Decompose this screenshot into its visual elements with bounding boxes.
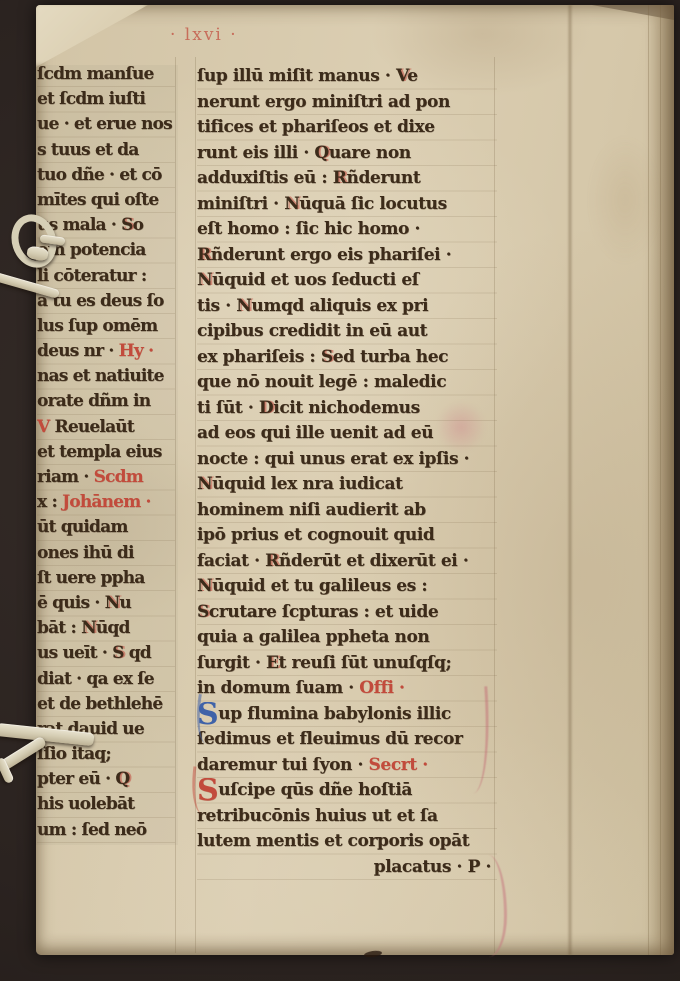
manuscript-line: riam · Scdm [37, 465, 175, 490]
manuscript-line: eſt homo : ſic hic homo · [197, 217, 497, 243]
body-text: up flumina babylonis illic [218, 704, 451, 724]
manuscript-line: placatus · P · [197, 855, 497, 881]
body-text: lutem mentis et corporis opāt [197, 831, 469, 851]
manuscript-line: nas et natiuite [37, 364, 175, 389]
body-text: s tuus et da [37, 140, 138, 160]
ruling-line-vertical [195, 57, 196, 953]
body-text: li cōteratur : [37, 266, 146, 286]
body-text: Reuelaūt [55, 417, 134, 437]
manuscript-line: us mala · So [37, 213, 175, 238]
body-text: o [133, 215, 144, 235]
body-text: u [119, 593, 131, 613]
manuscript-line: li cōteratur : [37, 264, 175, 289]
body-text: in domum ſuam · [197, 678, 359, 698]
body-text: riam · [37, 467, 94, 487]
body-text: ūt quidam [37, 517, 128, 537]
vertical-crease [567, 5, 573, 955]
manuscript-line: miniſtri · Nūquā ſic locutus [197, 192, 497, 218]
body-text: his uolebāt [37, 794, 134, 814]
body-text: um : ſed neō [37, 820, 146, 840]
manuscript-line: Nūquid et uos ſeducti eſ [197, 268, 497, 294]
body-text: uare non [329, 143, 411, 163]
body-text: N [236, 296, 251, 316]
body-text: N [81, 618, 96, 638]
body-text: tifices et phariſeos et dixe [197, 117, 435, 137]
body-text: S [321, 347, 333, 367]
body-text: ſſio itaq; [37, 744, 111, 764]
body-text: ñderunt ergo eis phariſei · [211, 245, 452, 265]
manuscript-line: runt eis illi · Quare non [197, 141, 497, 167]
manuscript-line: orate dñm in [37, 389, 175, 414]
manuscript-line: ſurgit · Et reuſi ſūt unuſqſq; [197, 651, 497, 677]
body-text: tis · [197, 296, 236, 316]
body-text: adduxiſtis eū : [197, 168, 333, 188]
left-text-column: ſcdm manſueet ſcdm iuſtiue · et erue nos… [37, 62, 175, 843]
manuscript-line: tis · Numqd aliquis ex pri [197, 294, 497, 320]
manuscript-line: ſup illū miſit manus · Ve [197, 64, 497, 90]
body-text: ad eos qui ille uenit ad eū [197, 423, 433, 443]
body-text: ūquid et tu galileus es : [212, 576, 427, 596]
body-text: cipibus credidit in eū aut [197, 321, 427, 341]
body-text: ſt uere ppha [37, 568, 145, 588]
body-text: S [112, 643, 123, 663]
manuscript-line: nerunt ergo miniſtri ad pon [197, 90, 497, 116]
rubric-text: Johānem · [62, 492, 151, 512]
body-text: pter eū · [37, 769, 115, 789]
body-text: miniſtri · [197, 194, 284, 214]
body-text: ti ſūt · [197, 398, 259, 418]
manuscript-line: retribucōnis huius ut et ſa [197, 804, 497, 830]
body-text: et templa eius [37, 442, 162, 462]
body-text: e [407, 66, 417, 86]
page-corner-fold-top-left [36, 5, 148, 67]
body-text: ūquid lex nra iudicat [212, 474, 402, 494]
manuscript-line: que nō nouit legē : maledic [197, 370, 497, 396]
body-text: bāt : [37, 618, 81, 638]
rubric-text: Hy · [119, 341, 154, 361]
manuscript-line: Suſcipe qūs dñe hoſtiā [197, 778, 497, 804]
body-text: E [266, 653, 279, 673]
manuscript-line: lus ſup omēm [37, 314, 175, 339]
manuscript-line: Nūquid et tu galileus es : [197, 574, 497, 600]
manuscript-photo: { "page": { "folio_number": "· lxvi ·" }… [0, 0, 680, 981]
body-text: faciat · [197, 551, 265, 571]
body-text: V [396, 66, 407, 86]
manuscript-line: ipō prius et cognouit quid [197, 523, 497, 549]
manuscript-line: in domum ſuam · Offi · [197, 676, 497, 702]
manuscript-page: · lxvi · ſcdm manſueet ſcdm iuſtiue · et… [36, 5, 674, 955]
manuscript-line: quia a galilea ppheta non [197, 625, 497, 651]
manuscript-line: us ueīt · S qd [37, 641, 175, 666]
body-text: deus nr · [37, 341, 119, 361]
body-text: D [259, 398, 273, 418]
body-text: ipō prius et cognouit quid [197, 525, 434, 545]
manuscript-line: his uolebāt [37, 792, 175, 817]
manuscript-line: ex phariſeis : Sed turba hec [197, 345, 497, 371]
manuscript-line: ad eos qui ille uenit ad eū [197, 421, 497, 447]
body-text: N [197, 270, 212, 290]
manuscript-line: ti ſūt · Dicit nichodemus [197, 396, 497, 422]
body-text: icit nichodemus [273, 398, 420, 418]
rubric-text: Scdm [94, 467, 143, 487]
body-text: uſcipe qūs dñe hoſtiā [218, 780, 412, 800]
manuscript-line: Sup flumina babylonis illic [197, 702, 497, 728]
manuscript-line: Scrutare ſcpturas : et uide [197, 600, 497, 626]
body-text: t reuſi ſūt unuſqſq; [279, 653, 452, 673]
body-text: Q [314, 143, 328, 163]
manuscript-line: deus nr · Hy · [37, 339, 175, 364]
body-text: ue · et erue nos [37, 114, 172, 134]
manuscript-line: et templa eius [37, 440, 175, 465]
body-text: ſurgit · [197, 653, 266, 673]
pink-flourish [470, 855, 507, 957]
body-text: et ſcdm iuſti [37, 89, 145, 109]
manuscript-line: faciat · Rñderūt et dixerūt ei · [197, 549, 497, 575]
manuscript-line: hominem niſi audierit ab [197, 498, 497, 524]
body-text: ñderūt et dixerūt ei · [279, 551, 468, 571]
rubric-text: V [37, 417, 55, 437]
manuscript-line: ones ihū di [37, 541, 175, 566]
body-text: diat · qa ex ſe [37, 669, 154, 689]
body-text: hominem niſi audierit ab [197, 500, 426, 520]
body-text: ed turba hec [333, 347, 448, 367]
manuscript-line: daremur tui ſyon · Secrt · [197, 753, 497, 779]
parchment-stain [588, 135, 662, 265]
manuscript-line: tifices et phariſeos et dixe [197, 115, 497, 141]
manuscript-line: ſt uere ppha [37, 566, 175, 591]
body-text: ſup illū miſit manus · [197, 66, 396, 86]
manuscript-line: adduxiſtis eū : Rñderunt [197, 166, 497, 192]
body-text: ones ihū di [37, 543, 134, 563]
body-text: S [197, 602, 209, 622]
manuscript-line: bāt : Nūqd [37, 616, 175, 641]
body-text: ñderunt [346, 168, 420, 188]
body-text: nerunt ergo miniſtri ad pon [197, 92, 450, 112]
rubric-text: Secrt · [369, 755, 428, 775]
body-text: ūquid et uos ſeducti eſ [212, 270, 419, 290]
body-text: daremur tui ſyon · [197, 755, 369, 775]
ink-speck [364, 950, 383, 958]
rubric-text: Offi · [359, 678, 404, 698]
body-text: quia a galilea ppheta non [197, 627, 429, 647]
body-text: lus ſup omēm [37, 316, 157, 336]
manuscript-line: et de bethlehē [37, 692, 175, 717]
body-text: mītes qui oſte [37, 190, 158, 210]
body-text: nocte : qui unus erat ex ipſis · [197, 449, 469, 469]
manuscript-line: ūt quidam [37, 515, 175, 540]
body-text: R [333, 168, 347, 188]
manuscript-line: lutem mentis et corporis opāt [197, 829, 497, 855]
manuscript-line: ſcdm manſue [37, 62, 175, 87]
body-text: crutare ſcpturas : et uide [209, 602, 438, 622]
body-text: x : [37, 492, 62, 512]
body-text: qd [124, 643, 151, 663]
body-text: R [265, 551, 279, 571]
manuscript-line: um : ſed neō [37, 818, 175, 843]
manuscript-line: Nūquid lex nra iudicat [197, 472, 497, 498]
manuscript-line: ſſio itaq; [37, 742, 175, 767]
leaf-edge-line [648, 5, 649, 955]
manuscript-line: V Reuelaūt [37, 415, 175, 440]
body-text: ūqd [96, 618, 130, 638]
leaf-edge-line [660, 5, 661, 955]
manuscript-line: ē quis · Nu [37, 591, 175, 616]
manuscript-line: x : Johānem · [37, 490, 175, 515]
body-text: ē quis · [37, 593, 105, 613]
body-text: R [197, 245, 211, 265]
body-text: ſedimus et fleuimus dū recor [197, 729, 463, 749]
manuscript-line: nocte : qui unus erat ex ipſis · [197, 447, 497, 473]
body-text: N [105, 593, 120, 613]
body-text: orate dñm in [37, 391, 150, 411]
manuscript-line: diat · qa ex ſe [37, 667, 175, 692]
body-text: eſt homo : ſic hic homo · [197, 219, 420, 239]
body-text: Q [115, 769, 129, 789]
body-text: N [197, 474, 212, 494]
body-text: ūquā ſic locutus [299, 194, 446, 214]
manuscript-line: cipibus credidit in eū aut [197, 319, 497, 345]
folio-number: · lxvi · [170, 25, 280, 45]
manuscript-line: Rñderunt ergo eis phariſei · [197, 243, 497, 269]
body-text: tuo dñe · et cō [37, 165, 162, 185]
manuscript-line: ue · et erue nos [37, 112, 175, 137]
body-text: us ueīt · [37, 643, 112, 663]
body-text: S [121, 215, 132, 235]
body-text: que nō nouit legē : maledic [197, 372, 446, 392]
body-text: ſcdm manſue [37, 64, 154, 84]
body-text: ex phariſeis : [197, 347, 321, 367]
body-text: et de bethlehē [37, 694, 162, 714]
right-text-column: ſup illū miſit manus · Venerunt ergo min… [197, 64, 497, 880]
body-text: umqd aliquis ex pri [251, 296, 428, 316]
manuscript-line: pter eū · Q [37, 767, 175, 792]
manuscript-line: ſedimus et fleuimus dū recor [197, 727, 497, 753]
body-text: retribucōnis huius ut et ſa [197, 806, 438, 826]
body-text: nas et natiuite [37, 366, 164, 386]
manuscript-line: et ſcdm iuſti [37, 87, 175, 112]
body-text: runt eis illi · [197, 143, 314, 163]
body-text: N [197, 576, 212, 596]
manuscript-line: mītes qui oſte [37, 188, 175, 213]
manuscript-line: tuo dñe · et cō [37, 163, 175, 188]
manuscript-line: s tuus et da [37, 138, 175, 163]
body-text: N [284, 194, 299, 214]
